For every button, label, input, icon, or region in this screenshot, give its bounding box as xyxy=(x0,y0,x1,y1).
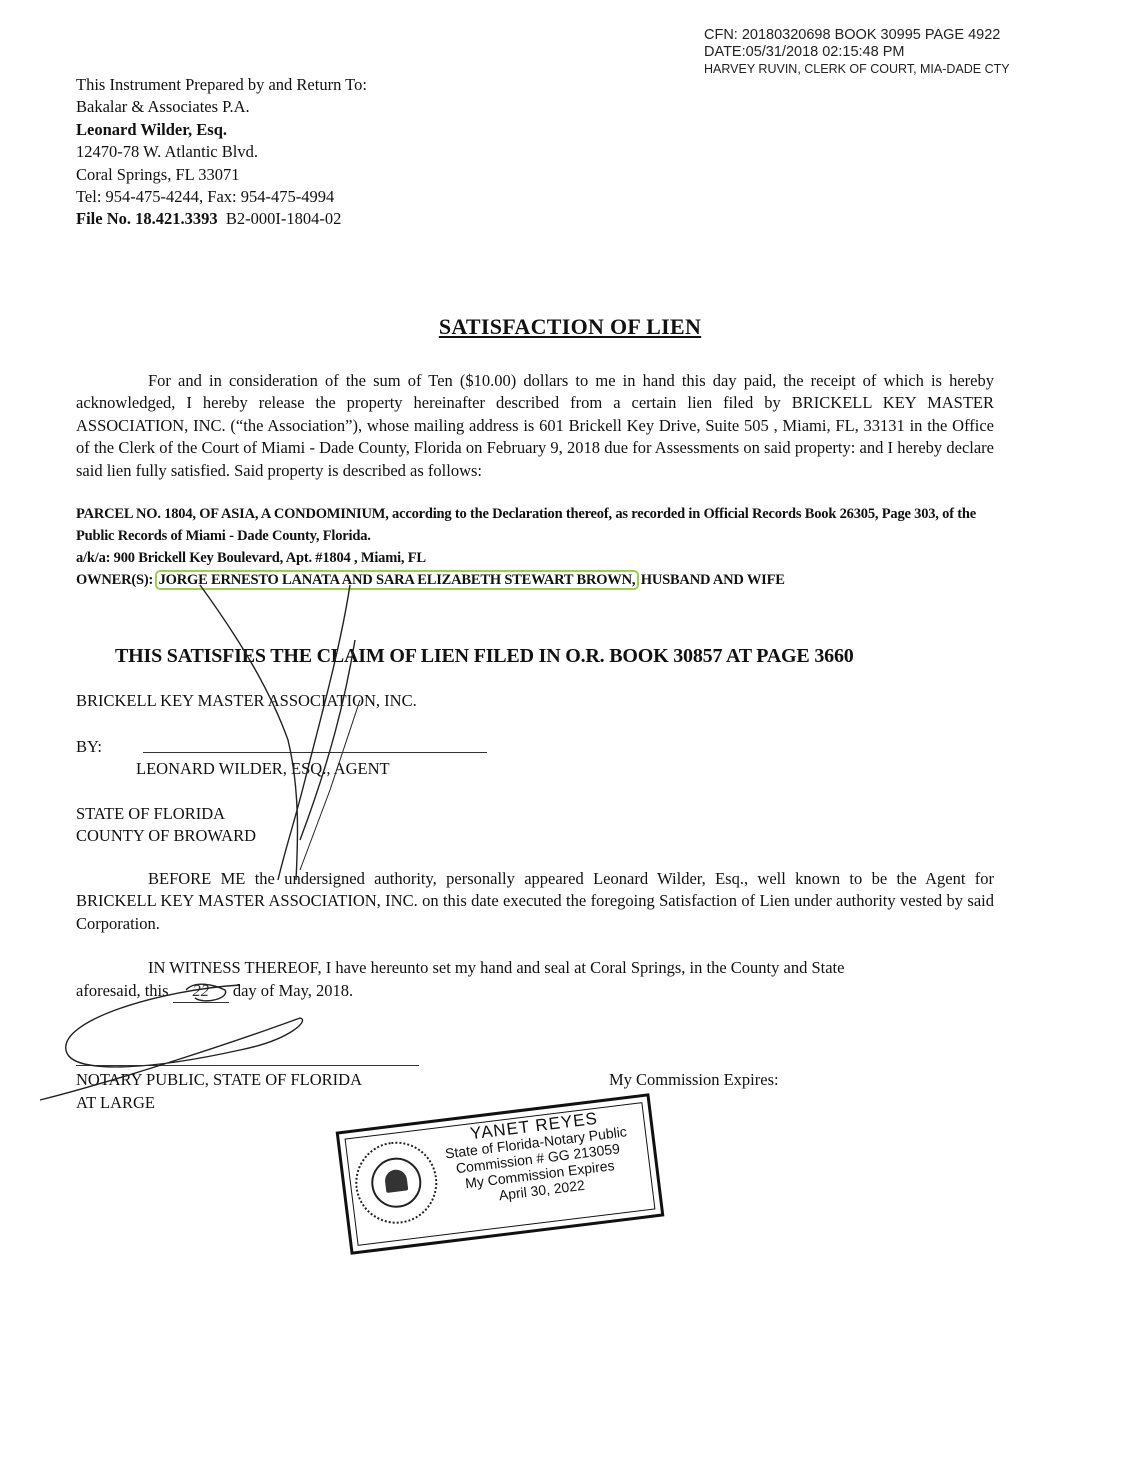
handwritten-signatures xyxy=(0,0,1140,1475)
